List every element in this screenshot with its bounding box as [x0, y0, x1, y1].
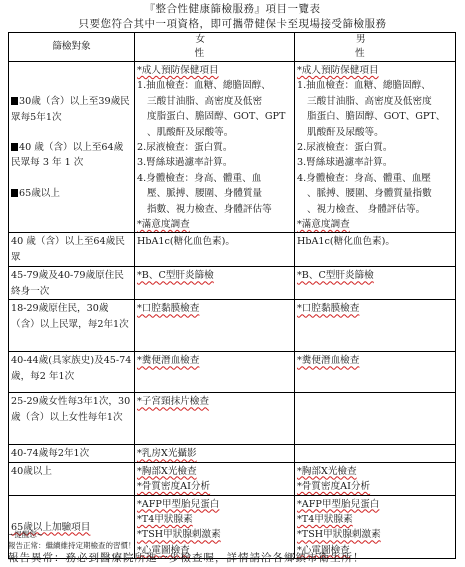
- header-female-char1: 女: [154, 33, 276, 47]
- item-line: *胸部X光檢查: [297, 464, 453, 479]
- male-cell-empty: [295, 393, 456, 445]
- header-female-char2: 性: [195, 47, 235, 61]
- item-line: 三酸甘油脂、高密度及低密度: [297, 94, 453, 109]
- item-text: *滿意度調查: [297, 219, 350, 230]
- table-row: 30歲（含）以上至39歲民眾每5年1次 40 歲（含）以上至64歲民眾每 3 年…: [9, 62, 456, 233]
- square-bullet-icon: [11, 143, 18, 151]
- item-line: *TSH甲狀腺刺激素: [137, 527, 292, 542]
- document-subtitle: 只要您符合其中一項資格，即可攜帶健保卡至現場接受篩檢服務: [0, 17, 465, 31]
- header-male-char2: 性: [355, 47, 395, 61]
- spacer: [11, 125, 132, 140]
- target-cell: 30歲（含）以上至39歲民眾每5年1次 40 歲（含）以上至64歲民眾每 3 年…: [9, 62, 135, 233]
- target-cell: 25-29歲女性每3年1次，30歲（含）以上女性每年1次: [9, 393, 135, 445]
- item-line: *B、C型肝炎篩檢: [297, 268, 453, 283]
- item-line: *子宮頸抹片檢查: [137, 394, 292, 409]
- item-line: 三酸甘油脂、高密度及低密: [137, 94, 292, 109]
- target-cell: 18-29歲原住民，30歲（含）以上民眾，每2年1次: [9, 300, 135, 352]
- item-line: *TSH甲狀腺刺激素: [297, 527, 453, 542]
- item-line: 2.尿液檢查：蛋白質。: [137, 140, 292, 155]
- item-line: 、視力檢查、 身體評估等。: [297, 202, 453, 217]
- male-cell: *成人預防保健項目 1.抽血檢查：血糖、總膽固醇、 三酸甘油脂、高密度及低密度 …: [295, 62, 456, 233]
- item-line: *滿意度調查: [297, 217, 453, 232]
- item-line: *骨質密度AI分析: [137, 479, 292, 494]
- document-title: 『整合性健康篩檢服務』項目一覽表: [0, 2, 465, 16]
- item-line: 3.腎絲球過濾率計算。: [297, 155, 453, 170]
- item-line: *滿意度調查: [137, 217, 292, 232]
- table-header-row: 篩檢對象 女性 男性: [9, 33, 456, 62]
- header-female: 女性: [135, 33, 295, 62]
- female-cell: *AFP甲型胎兒蛋白 *T4甲狀腺素 *TSH甲狀腺刺激素 *心電圖檢查: [135, 495, 295, 559]
- item-text: *骨質密度AI分析: [297, 481, 370, 492]
- male-cell: *糞便潛血檢查: [295, 352, 456, 393]
- item-line: *B、C型肝炎篩檢: [137, 268, 292, 283]
- item-line: *糞便潛血檢查: [137, 353, 292, 368]
- item-line: 1.抽血檢查：血糖、總膽固醇、: [137, 78, 292, 93]
- target-cell: 40歲以上: [9, 462, 135, 495]
- female-cell: HbA1c(糖化血色素)。: [135, 233, 295, 267]
- item-line: HbA1c(糖化血色素)。: [137, 234, 292, 249]
- header-male-char1: 男: [314, 33, 436, 47]
- male-cell: *AFP甲型胎兒蛋白 *T4甲狀腺素 *TSH甲狀腺刺激素 *心電圖檢查: [295, 495, 456, 559]
- table-row: 40歲以上 *胸部X光檢查 *骨質密度AI分析 *胸部X光檢查 *骨質密度AI分…: [9, 462, 456, 495]
- square-bullet-icon: [11, 189, 18, 197]
- item-line: 1.抽血檢查：血糖、總膽固醇、: [297, 78, 453, 93]
- reminder-title: ~提醒您~: [8, 529, 43, 540]
- item-line: *T4甲狀腺素: [137, 512, 292, 527]
- header-target: 篩檢對象: [9, 33, 135, 62]
- item-line: *AFP甲型胎兒蛋白: [297, 497, 453, 512]
- table-row: 45-79歲及40-79歲原住民終身一次 *B、C型肝炎篩檢 *B、C型肝炎篩檢: [9, 267, 456, 300]
- header-target-label: 篩檢對象: [52, 41, 90, 52]
- item-line: 2.尿液檢查：蛋白質。: [297, 140, 453, 155]
- item-line: 脂蛋白、膽固醇、GOT、GPT、: [297, 109, 453, 124]
- target-item: 40 歲（含）以上至64歲民眾每 3 年 1 次: [11, 140, 132, 171]
- item-line: *胸部X光檢查: [137, 464, 292, 479]
- target-text: 30歲（含）以上至39歲民眾每5年1次: [11, 96, 130, 122]
- item-line: *口腔黏膜檢查: [137, 301, 292, 316]
- target-text: 65歲以上: [19, 188, 60, 199]
- female-cell: *糞便潛血檢查: [135, 352, 295, 393]
- item-line: 肌酸酐及尿酸等。: [297, 125, 453, 140]
- item-text: *胸部X光檢查: [297, 466, 357, 477]
- table-row: 18-29歲原住民，30歲（含）以上民眾，每2年1次 *口腔黏膜檢查 *口腔黏膜…: [9, 300, 456, 352]
- male-cell: *胸部X光檢查 *骨質密度AI分析: [295, 462, 456, 495]
- target-cell: 40-44歲(具家族史)及45-74歲，每2 年1次: [9, 352, 135, 393]
- item-line: *乳房X光攝影: [137, 446, 292, 461]
- table-row: 40 歲（含）以上至64歲民眾 HbA1c(糖化血色素)。 HbA1c(糖化血色…: [9, 233, 456, 267]
- item-text: *成人預防保健項目: [137, 65, 219, 76]
- header-male: 男性: [295, 33, 456, 62]
- target-text: 40 歲（含）以上至64歲民眾每 3 年 1 次: [11, 142, 123, 168]
- reminder-abnormal: 報告異常：務必到醫療院所進一步檢查喔，詳情請洽各鄉鎮市衛生所！: [8, 551, 365, 565]
- item-line: 度脂蛋白、膽固醇、GOT、GPT: [137, 109, 292, 124]
- female-cell: *B、C型肝炎篩檢: [135, 267, 295, 300]
- item-text: *滿意度調查: [137, 219, 190, 230]
- table-row: 25-29歲女性每3年1次，30歲（含）以上女性每年1次 *子宮頸抹片檢查: [9, 393, 456, 445]
- item-text: *成人預防保健項目: [297, 65, 379, 76]
- female-cell: *成人預防保健項目 1.抽血檢查：血糖、總膽固醇、 三酸甘油脂、高密度及低密 度…: [135, 62, 295, 233]
- female-cell: *胸部X光檢查 *骨質密度AI分析: [135, 462, 295, 495]
- item-line: 、脈搏、腰圍、身體質量指數: [297, 186, 453, 201]
- spacer: [11, 171, 132, 186]
- item-line: 3.腎絲球過濾率計算。: [137, 155, 292, 170]
- item-line: 指數、視力檢查、身體評估等: [137, 202, 292, 217]
- item-line: 、肌酸酐及尿酸等。: [137, 125, 292, 140]
- male-cell-empty: [295, 445, 456, 462]
- male-cell: *口腔黏膜檢查: [295, 300, 456, 352]
- male-cell: *B、C型肝炎篩檢: [295, 267, 456, 300]
- female-cell: *子宮頸抹片檢查: [135, 393, 295, 445]
- item-line: HbA1c(糖化血色素)。: [297, 234, 453, 249]
- item-line: *糞便潛血檢查: [297, 353, 453, 368]
- target-cell: 40-74歲每2年1次: [9, 445, 135, 462]
- target-item: 30歲（含）以上至39歲民眾每5年1次: [11, 94, 132, 125]
- item-line: *成人預防保健項目: [297, 63, 453, 78]
- item-line: *成人預防保健項目: [137, 63, 292, 78]
- item-line: 壓、脈搏、腰圍、身體質量: [137, 186, 292, 201]
- item-line: 4.身體檢查：身高、體重、血壓: [297, 171, 453, 186]
- table-row: 40-44歲(具家族史)及45-74歲，每2 年1次 *糞便潛血檢查 *糞便潛血…: [9, 352, 456, 393]
- target-cell: 45-79歲及40-79歲原住民終身一次: [9, 267, 135, 300]
- item-line: *AFP甲型胎兒蛋白: [137, 497, 292, 512]
- square-bullet-icon: [11, 97, 18, 105]
- item-line: *T4甲狀腺素: [297, 512, 453, 527]
- screening-table: 篩檢對象 女性 男性 30歲（含）以上至39歲民眾每5年1次 40 歲（含）以上…: [8, 32, 456, 559]
- reminder-normal: 報告正常：繼續維持定期檢查的習慣！: [8, 540, 136, 551]
- target-cell: 40 歲（含）以上至64歲民眾: [9, 233, 135, 267]
- item-line: *骨質密度AI分析: [297, 479, 453, 494]
- female-cell: *乳房X光攝影: [135, 445, 295, 462]
- item-line: *口腔黏膜檢查: [297, 301, 453, 316]
- item-text: *胸部X光檢查: [137, 466, 197, 477]
- item-text: *骨質密度AI分析: [137, 481, 210, 492]
- table-row: 40-74歲每2年1次 *乳房X光攝影: [9, 445, 456, 462]
- target-item: 65歲以上: [11, 186, 132, 201]
- male-cell: HbA1c(糖化血色素)。: [295, 233, 456, 267]
- item-line: 4.身體檢查：身高、體重、血: [137, 171, 292, 186]
- female-cell: *口腔黏膜檢查: [135, 300, 295, 352]
